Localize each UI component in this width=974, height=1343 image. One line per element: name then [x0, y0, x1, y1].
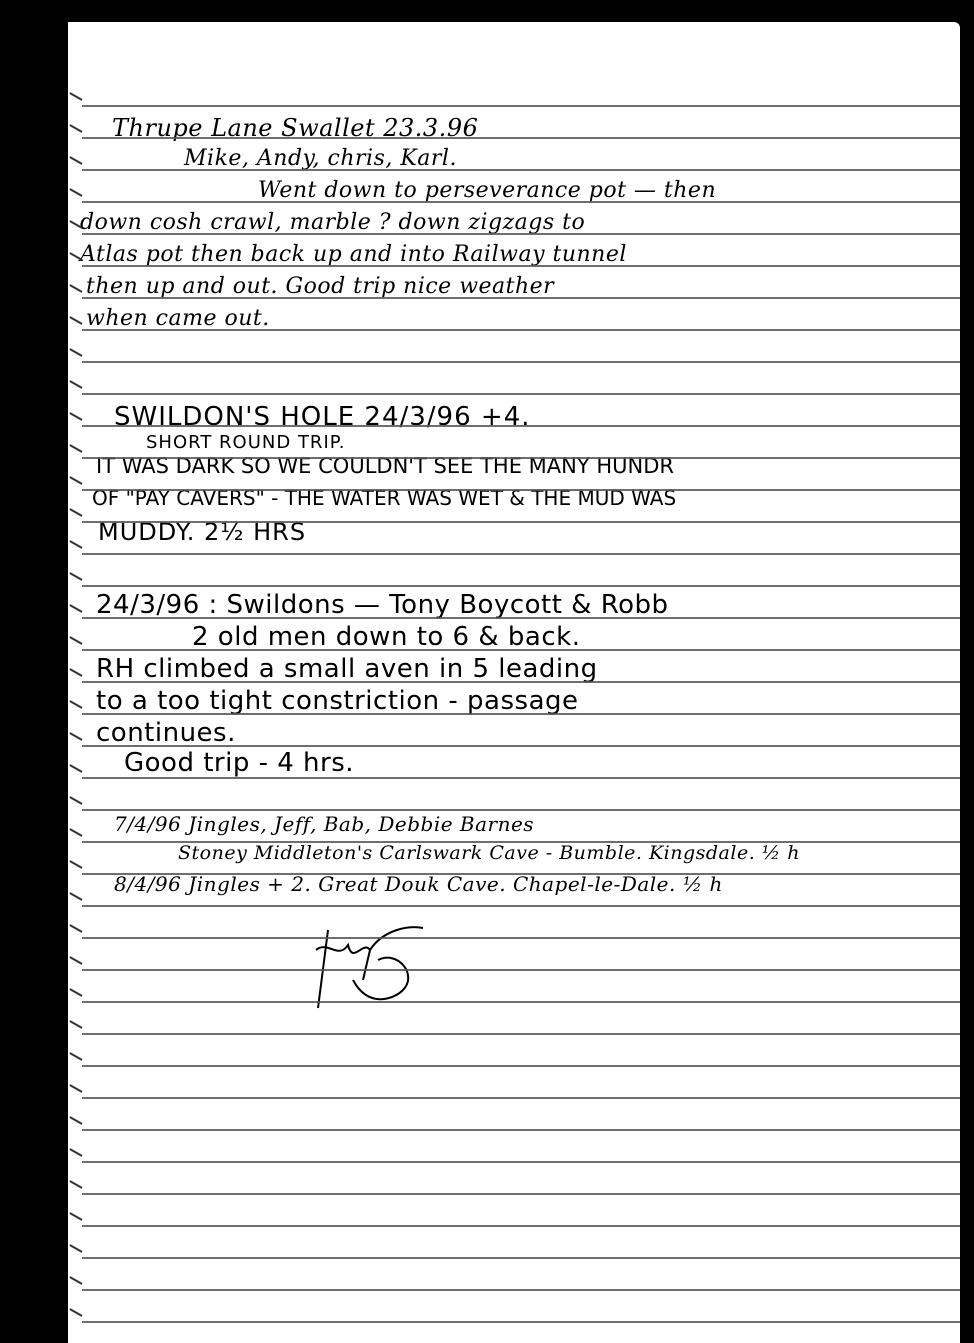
margin-tick	[69, 1084, 82, 1093]
margin-tick	[69, 1052, 82, 1061]
entry2-line: IT WAS DARK SO WE COULDN'T SEE THE MANY …	[96, 456, 674, 477]
entry2-line: MUDDY. 2½ HRS	[98, 520, 306, 544]
margin-tick	[69, 636, 82, 645]
entry3-line: to a too tight constriction - passage	[96, 688, 579, 714]
ruled-line	[82, 713, 960, 715]
margin-tick	[69, 572, 82, 581]
margin-tick	[69, 1212, 82, 1221]
margin-tick	[69, 796, 82, 805]
ruled-line	[82, 329, 960, 331]
ruled-line	[82, 649, 960, 651]
scan-border	[960, 0, 974, 1343]
entry1-line: when came out.	[86, 308, 270, 330]
ruled-line	[82, 425, 960, 427]
entry1-line: down cosh crawl, marble ? down zigzags t…	[80, 212, 585, 234]
ruled-line	[82, 1129, 960, 1131]
margin-tick	[69, 668, 82, 677]
ruled-line	[82, 169, 960, 171]
ruled-line	[82, 105, 960, 107]
ruled-line	[82, 777, 960, 779]
entry1-participants: Mike, Andy, chris, Karl.	[184, 148, 457, 170]
ruled-line	[82, 841, 960, 843]
ruled-line	[82, 457, 960, 459]
margin-tick	[69, 92, 82, 101]
entry1-line: Atlas pot then back up and into Railway …	[80, 244, 627, 266]
ruled-line	[82, 1289, 960, 1291]
margin-tick	[69, 412, 82, 421]
ruled-line	[82, 201, 960, 203]
margin-tick	[69, 316, 82, 325]
margin-tick	[69, 444, 82, 453]
entry3-title: 24/3/96 : Swildons — Tony Boycott & Robb	[96, 592, 669, 618]
margin-tick	[69, 1116, 82, 1125]
margin-tick	[69, 540, 82, 549]
ruled-line	[82, 1065, 960, 1067]
margin-tick	[69, 892, 82, 901]
signature-scribble	[308, 920, 458, 1010]
margin-tick	[69, 1308, 82, 1317]
margin-tick	[69, 380, 82, 389]
entry1-line: then up and out. Good trip nice weather	[86, 276, 554, 298]
ruled-line	[82, 1257, 960, 1259]
margin-tick	[69, 700, 82, 709]
margin-tick	[69, 924, 82, 933]
margin-tick	[69, 508, 82, 517]
ruled-line	[82, 1033, 960, 1035]
ruled-line	[82, 553, 960, 555]
ruled-line	[82, 1161, 960, 1163]
ruled-line	[82, 233, 960, 235]
ruled-line	[82, 1321, 960, 1323]
margin-tick	[69, 604, 82, 613]
ruled-line	[82, 1097, 960, 1099]
entry4-line: Stoney Middleton's Carlswark Cave - Bumb…	[178, 844, 800, 863]
margin-tick	[69, 188, 82, 197]
ruled-line	[82, 393, 960, 395]
ruled-line	[82, 585, 960, 587]
margin-tick	[69, 764, 82, 773]
entry4-line: 8/4/96 Jingles + 2. Great Douk Cave. Cha…	[114, 874, 723, 894]
entry3-line: continues.	[96, 720, 236, 746]
ruled-line	[82, 745, 960, 747]
ruled-line	[82, 873, 960, 875]
entry3-line: RH climbed a small aven in 5 leading	[96, 656, 598, 682]
ruled-line	[82, 297, 960, 299]
ruled-line	[82, 969, 960, 971]
ruled-line	[82, 361, 960, 363]
margin-tick	[69, 860, 82, 869]
ruled-line	[82, 1001, 960, 1003]
margin-tick	[69, 828, 82, 837]
margin-tick	[69, 284, 82, 293]
ruled-line	[82, 137, 960, 139]
margin-tick	[69, 988, 82, 997]
margin-tick	[69, 476, 82, 485]
ruled-line	[82, 489, 960, 491]
ruled-line	[82, 265, 960, 267]
margin-tick	[69, 124, 82, 133]
ruled-line	[82, 809, 960, 811]
margin-tick	[69, 348, 82, 357]
ruled-line	[82, 1193, 960, 1195]
entry4-line: 7/4/96 Jingles, Jeff, Bab, Debbie Barnes	[114, 814, 534, 834]
ruled-line	[82, 617, 960, 619]
margin-tick	[69, 1020, 82, 1029]
ruled-line	[82, 521, 960, 523]
entry3-line: Good trip - 4 hrs.	[124, 750, 354, 776]
ruled-line	[82, 681, 960, 683]
margin-tick	[69, 1276, 82, 1285]
entry1-line: Went down to perseverance pot — then	[258, 180, 716, 202]
logbook-page: Thrupe Lane Swallet 23.3.96 Mike, Andy, …	[68, 22, 960, 1343]
ruled-line	[82, 937, 960, 939]
entry3-line: 2 old men down to 6 & back.	[192, 624, 580, 650]
margin-tick	[69, 1148, 82, 1157]
margin-tick	[69, 956, 82, 965]
margin-tick	[69, 732, 82, 741]
ruled-line	[82, 1225, 960, 1227]
ruled-line	[82, 905, 960, 907]
entry2-subtitle: SHORT ROUND TRIP.	[146, 434, 346, 452]
margin-tick	[69, 156, 82, 165]
margin-tick	[69, 1244, 82, 1253]
entry2-line: OF "PAY CAVERS" - THE WATER WAS WET & TH…	[92, 488, 676, 508]
margin-tick	[69, 1180, 82, 1189]
